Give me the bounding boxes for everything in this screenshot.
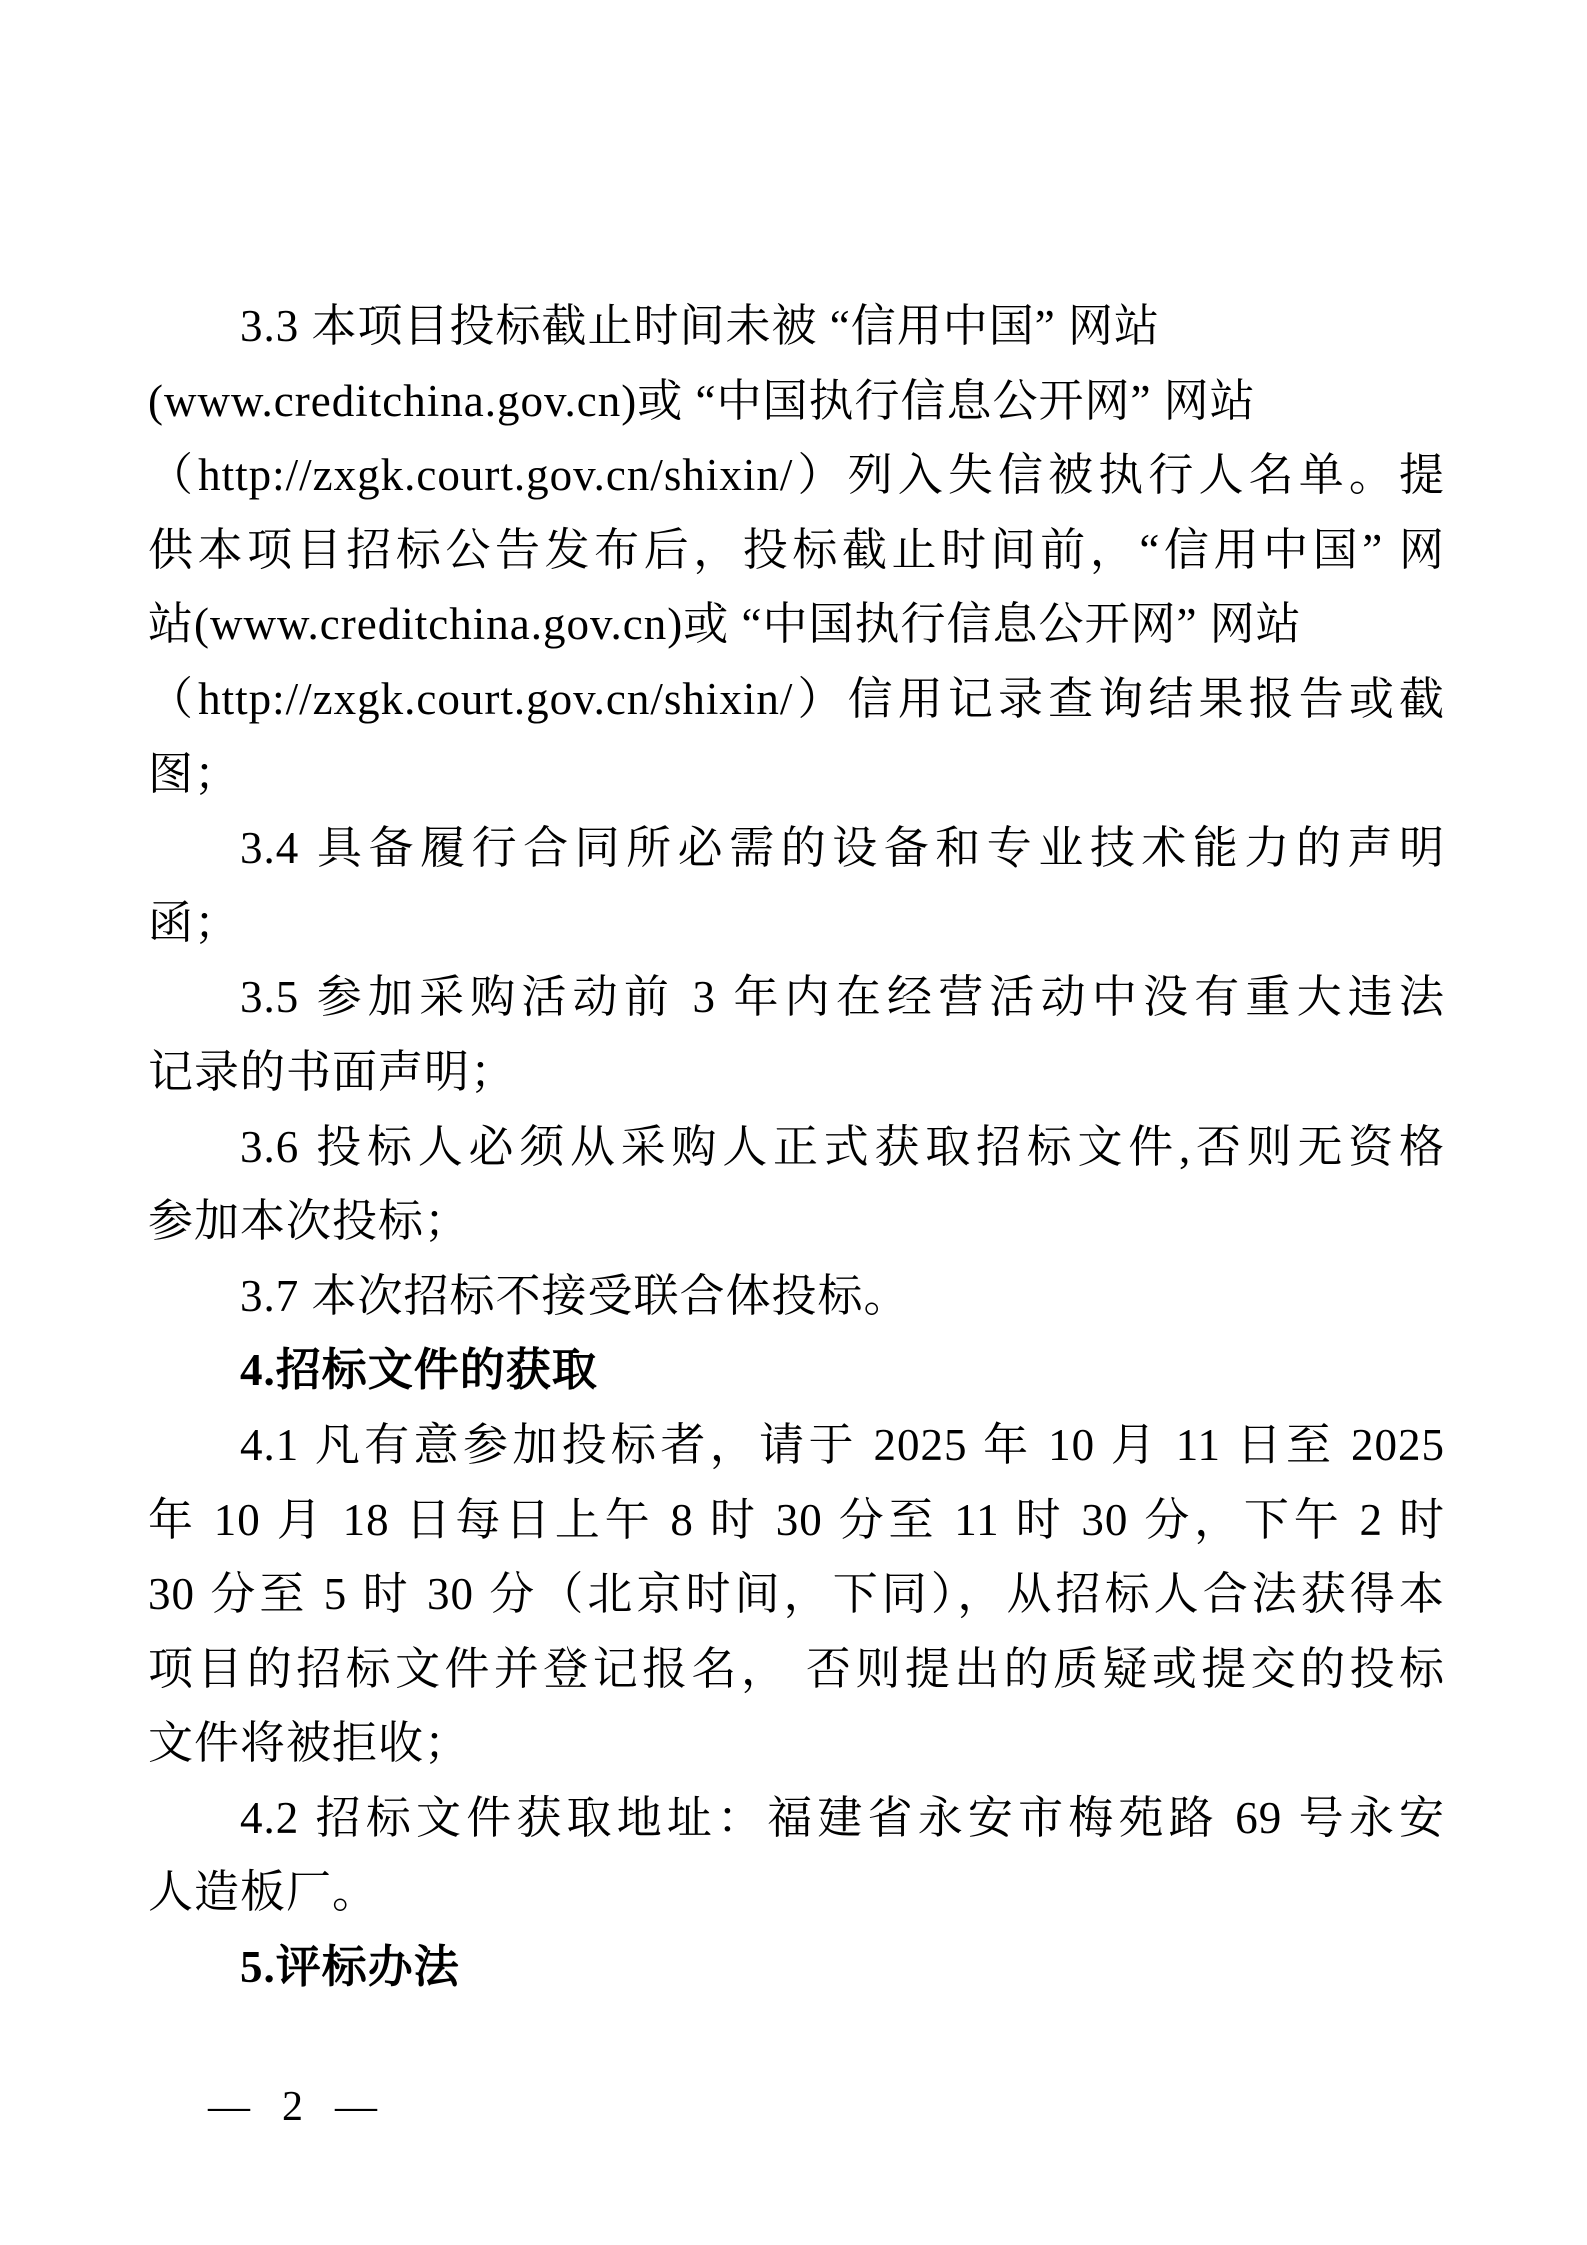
text-line: 项目的招标文件并登记报名， 否则提出的质疑或提交的投标 [148,1632,1445,1707]
document-body: 3.3 本项目投标截止时间未被 “信用中国” 网站(www.creditchin… [148,289,1445,2005]
text-line: 人造板厂。 [148,1855,1445,1930]
text-line: （http://zxgk.court.gov.cn/shixin/）信用记录查询… [148,662,1445,737]
text-line: (www.creditchina.gov.cn)或 “中国执行信息公开网” 网站 [148,364,1445,439]
text-line: 供本项目招标公告发布后，投标截止时间前，“信用中国” 网 [148,513,1445,588]
text-line: 3.6 投标人必须从采购人正式获取招标文件,否则无资格 [148,1110,1445,1185]
text-line: 4.1 凡有意参加投标者，请于 2025 年 10 月 11 日至 2025 [148,1408,1445,1483]
text-line: 4.招标文件的获取 [148,1333,1445,1408]
text-line: 年 10 月 18 日每日上午 8 时 30 分至 11 时 30 分，下午 2… [148,1483,1445,1558]
page-footer: — 2 — [208,2086,377,2128]
text-line: 3.3 本项目投标截止时间未被 “信用中国” 网站 [148,289,1445,364]
footer-dash-right: — [335,2086,377,2128]
text-line: 函； [148,886,1445,961]
text-line: 4.2 招标文件获取地址：福建省永安市梅苑路 69 号永安 [148,1781,1445,1856]
text-line: 文件将被拒收； [148,1706,1445,1781]
text-line: 3.7 本次招标不接受联合体投标。 [148,1259,1445,1334]
text-line: （http://zxgk.court.gov.cn/shixin/）列入失信被执… [148,438,1445,513]
page-number: 2 [282,2086,303,2128]
text-line: 图； [148,737,1445,812]
footer-dash-left: — [208,2086,250,2128]
text-line: 站(www.creditchina.gov.cn)或 “中国执行信息公开网” 网… [148,587,1445,662]
text-line: 记录的书面声明； [148,1035,1445,1110]
text-line: 3.4 具备履行合同所必需的设备和专业技术能力的声明 [148,811,1445,886]
text-line: 30 分至 5 时 30 分（北京时间，下同），从招标人合法获得本 [148,1557,1445,1632]
text-line: 3.5 参加采购活动前 3 年内在经营活动中没有重大违法 [148,960,1445,1035]
page: 3.3 本项目投标截止时间未被 “信用中国” 网站(www.creditchin… [0,0,1587,2245]
text-line: 5.评标办法 [148,1930,1445,2005]
text-line: 参加本次投标； [148,1184,1445,1259]
